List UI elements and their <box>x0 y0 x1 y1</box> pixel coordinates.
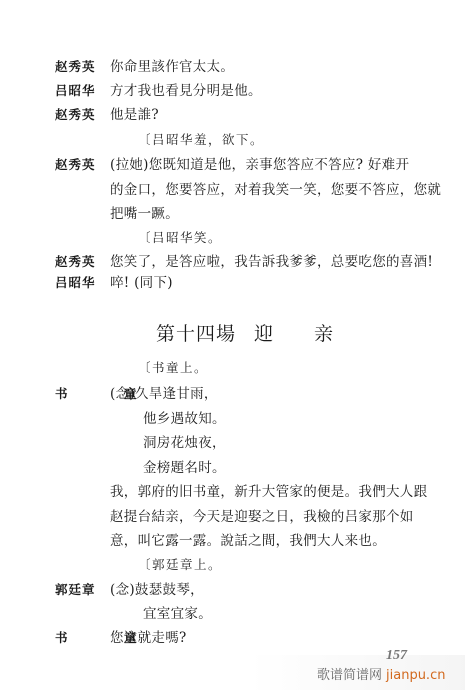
stage-direction: 〔书童上。 <box>138 359 208 377</box>
prose-line: 我，郭府的旧书童，新升大管家的便是。我們大人跟 <box>110 483 427 501</box>
dialogue-line: 他是誰? <box>110 106 159 124</box>
prose-line: 赵提台結亲，今天是迎娶之日，我檢的吕家那个如 <box>110 508 414 526</box>
dialogue-line: (拉她)您既知道是他，亲事您答应不答应? 好难开 <box>110 156 409 174</box>
dialogue-line: 您笑了，是答应啦，我告訴我爹爹，总要吃您的喜酒! <box>110 253 433 271</box>
speaker-name: 吕昭华 <box>55 274 96 292</box>
watermark: 歌谱简谱网jianpu.cn <box>317 664 445 683</box>
verse-line: 宜室宜家。 <box>143 605 212 623</box>
speaker-name: 赵秀英 <box>55 58 96 76</box>
page-number: 157 <box>386 648 407 664</box>
stage-direction: 〔吕昭华羞，欲下。 <box>138 131 264 149</box>
speaker-name: 赵秀英 <box>55 156 96 174</box>
dialogue-line: 您这就走嗎? <box>110 629 187 647</box>
speaker-name: 吕昭华 <box>55 82 96 100</box>
prose-line: 意，叫它露一露。說話之間，我們大人来也。 <box>110 532 386 550</box>
dialogue-line: 方才我也看見分明是他。 <box>110 82 262 100</box>
stage-direction: 〔郭廷章上。 <box>138 556 222 574</box>
dialogue-line: 啐! (同下) <box>110 274 173 292</box>
verse-line: 洞房花烛夜， <box>143 434 226 452</box>
scene-number: 第十四場 <box>156 323 236 345</box>
scene-title-part: 迎 <box>254 323 274 345</box>
verse-line: 金榜題名时。 <box>143 459 226 477</box>
stage-direction: 〔吕昭华笑。 <box>138 229 222 247</box>
speaker-name: 赵秀英 <box>55 106 96 124</box>
watermark-en: jianpu.cn <box>386 668 445 683</box>
scene-title-part: 亲 <box>314 323 334 345</box>
scene-heading: 第十四場迎亲 <box>156 322 334 346</box>
dialogue-line: 的金口，您要答应，对着我笑一笑，您要不答应，您就 <box>110 181 441 199</box>
dialogue-line: 把嘴一蹶。 <box>110 205 179 223</box>
dialogue-line: (念)久旱逢甘雨， <box>110 385 218 403</box>
verse-line: 他乡遇故知。 <box>143 410 226 428</box>
dialogue-line: (念)鼓瑟鼓琴， <box>110 581 204 599</box>
speaker-name: 赵秀英 <box>55 253 96 271</box>
speaker-name: 郭廷章 <box>55 581 96 599</box>
book-page: 赵秀英 你命里該作官太太。 吕昭华 方才我也看見分明是他。 赵秀英 他是誰? 〔… <box>0 0 465 690</box>
dialogue-line: 你命里該作官太太。 <box>110 58 234 76</box>
watermark-cn: 歌谱简谱网 <box>317 668 382 683</box>
